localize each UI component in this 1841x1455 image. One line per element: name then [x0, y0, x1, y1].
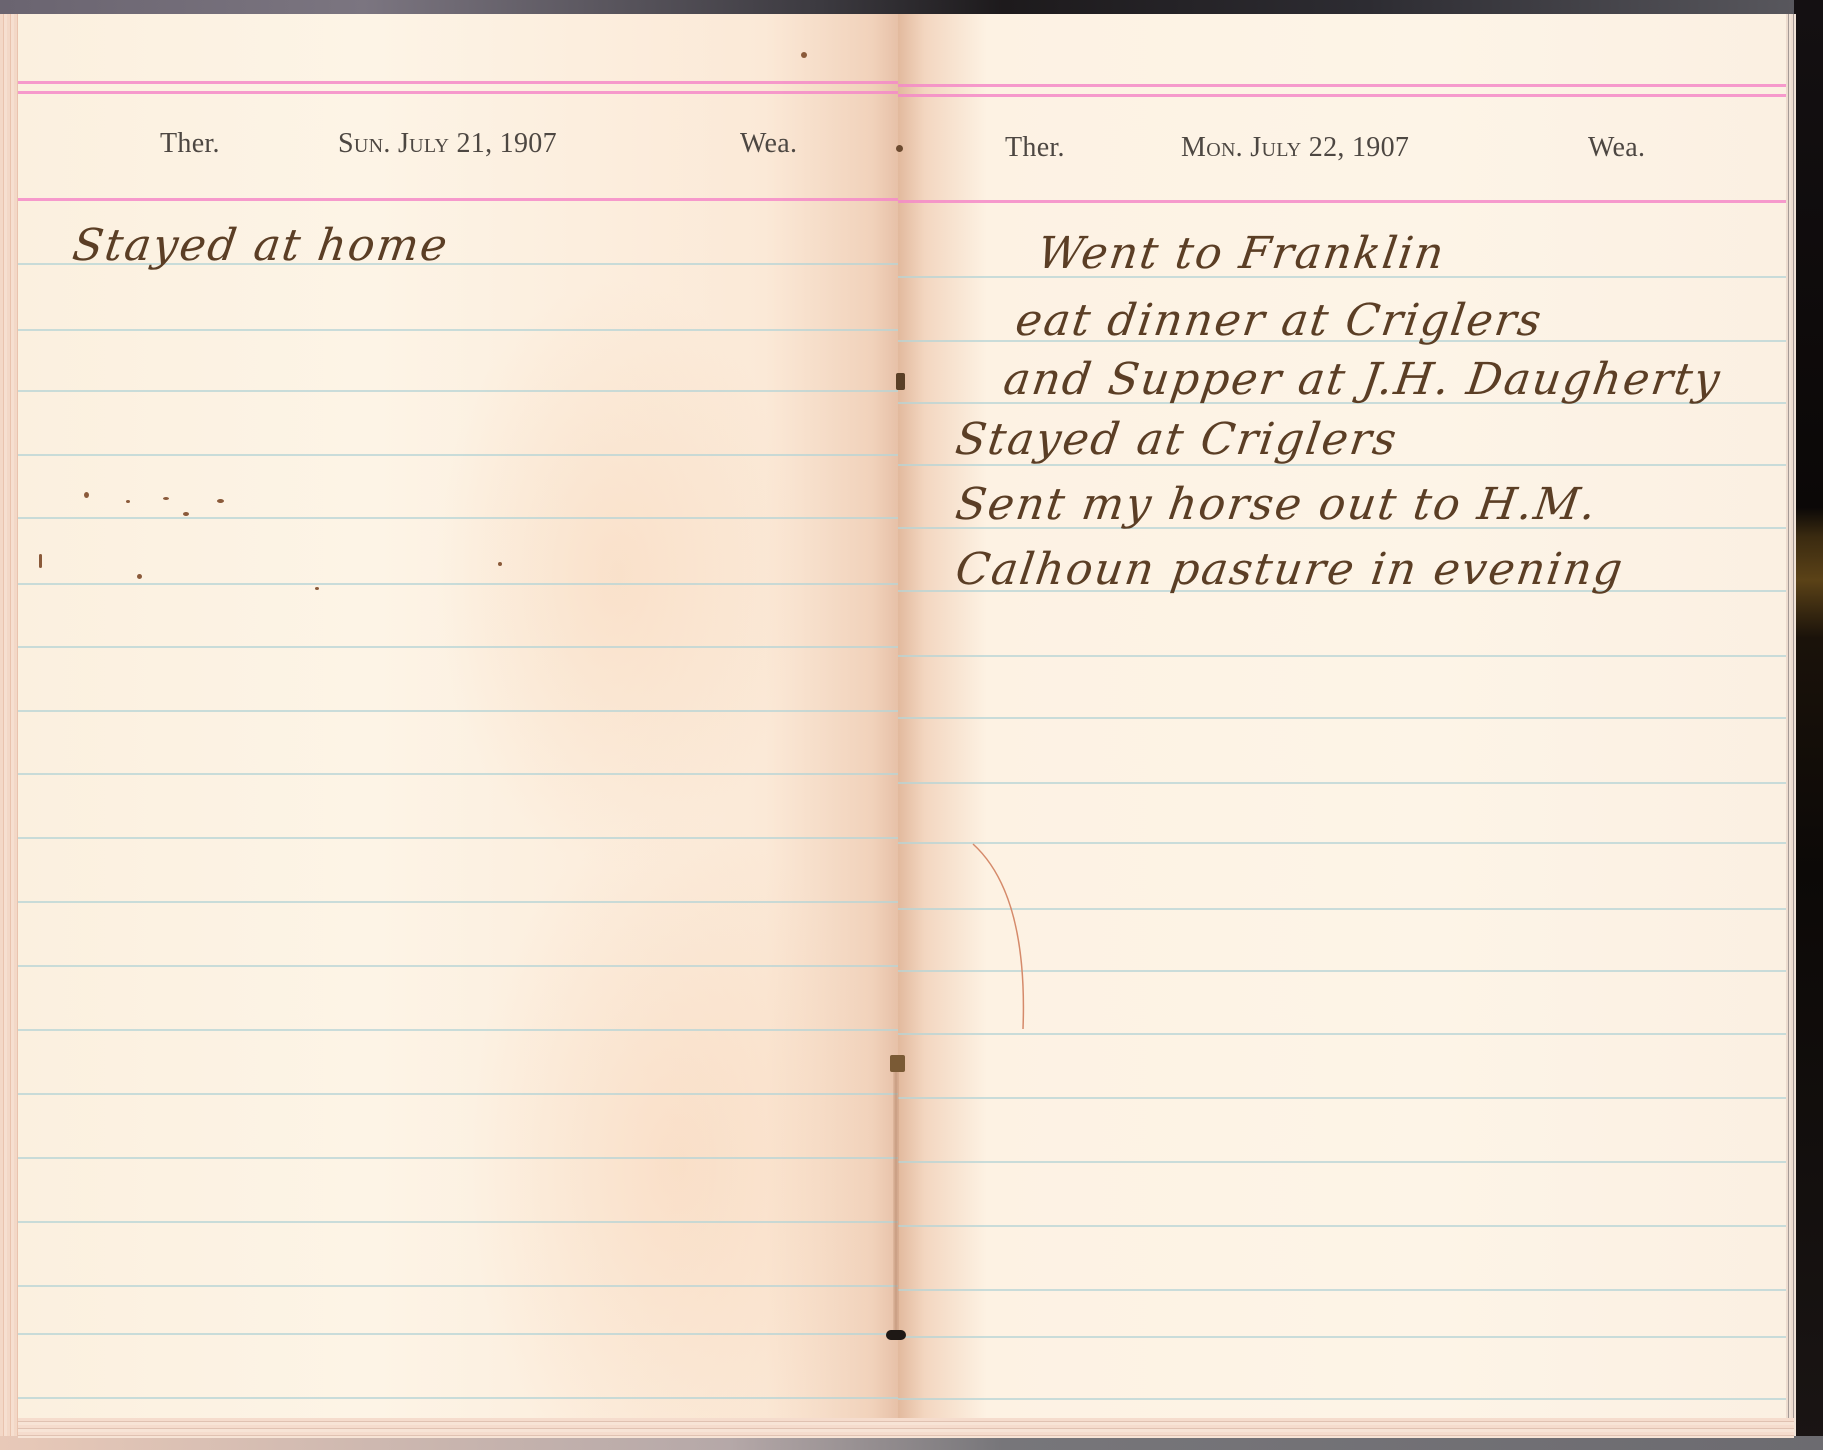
- ruled-line: [18, 454, 898, 456]
- entry-line: Stayed at Criglers: [952, 414, 1401, 465]
- ruled-line: [18, 1285, 898, 1287]
- ruled-line: [18, 1221, 898, 1223]
- page-stack-right-edge: [1786, 14, 1796, 1436]
- header-top-rule-2: [18, 91, 898, 94]
- background-top: [0, 0, 1823, 14]
- page-stack-left-edge: [0, 14, 20, 1436]
- wea-label: Wea.: [1588, 132, 1645, 164]
- header-bottom-rule: [898, 200, 1786, 203]
- entry-line: Sent my horse out to H.M.: [952, 479, 1600, 530]
- ruled-line: [18, 1333, 898, 1335]
- binding-staple-middle: [890, 1055, 905, 1072]
- ruled-line: [18, 1397, 898, 1399]
- ruled-line: [18, 329, 898, 331]
- ruled-line: [898, 1097, 1786, 1099]
- ther-label: Ther.: [1005, 132, 1065, 164]
- ink-speck: [39, 554, 42, 568]
- ruled-line: [898, 655, 1786, 657]
- entry-line: Calhoun pasture in evening: [952, 544, 1627, 595]
- binding-knot-bottom: [886, 1330, 906, 1340]
- ruled-line: [18, 837, 898, 839]
- ink-speck: [498, 562, 502, 566]
- ruled-line: [18, 646, 898, 648]
- date-day: Mon.: [1181, 132, 1243, 163]
- entry-line: eat dinner at Criglers: [1012, 295, 1546, 346]
- ink-speck: [183, 512, 189, 516]
- ruled-line: [898, 1336, 1786, 1338]
- binding-thread: [893, 1072, 899, 1332]
- ruled-line: [898, 717, 1786, 719]
- background-bottom: [0, 1436, 1823, 1450]
- entry-line: Stayed at home: [69, 220, 452, 271]
- ruled-line: [18, 1093, 898, 1095]
- ruled-line: [18, 773, 898, 775]
- date-rest: July 22, 1907: [1250, 132, 1409, 163]
- right-page: Ther. Mon. July 22, 1907 Wea. Went to Fr…: [898, 14, 1786, 1418]
- date-day: Sun.: [338, 128, 391, 159]
- header-top-rule-1: [898, 84, 1786, 87]
- ruled-line: [898, 1161, 1786, 1163]
- ruled-line: [898, 782, 1786, 784]
- left-page: Ther. Sun. July 21, 1907 Wea. Stayed at …: [18, 14, 898, 1418]
- date-heading: Sun. July 21, 1907: [338, 128, 557, 160]
- ruled-line: [18, 583, 898, 585]
- ruled-line: [18, 901, 898, 903]
- header-top-rule-1: [18, 81, 898, 84]
- header-bottom-rule: [18, 198, 898, 201]
- binding-staple-top: [896, 373, 905, 390]
- ink-speck: [126, 500, 130, 503]
- spine-mark: [896, 145, 903, 152]
- header-top-rule-2: [898, 94, 1786, 97]
- page-stack-bottom-edge: [18, 1418, 1794, 1438]
- date-rest: July 21, 1907: [398, 128, 557, 159]
- ink-speck: [801, 52, 807, 58]
- ruled-line: [898, 1398, 1786, 1400]
- ink-speck: [84, 492, 89, 498]
- ruled-line: [18, 1029, 898, 1031]
- ink-speck: [315, 587, 319, 590]
- ruled-line: [18, 1157, 898, 1159]
- ruled-line: [18, 710, 898, 712]
- ruled-line: [18, 390, 898, 392]
- entry-line: and Supper at J.H. Daugherty: [1000, 354, 1724, 405]
- ink-speck: [163, 497, 169, 500]
- ruled-line: [18, 517, 898, 519]
- date-heading: Mon. July 22, 1907: [1181, 132, 1409, 164]
- ruled-line: [898, 1289, 1786, 1291]
- wea-label: Wea.: [740, 128, 797, 160]
- background-right: [1794, 0, 1823, 1450]
- ink-speck: [217, 499, 224, 503]
- ink-speck: [137, 574, 142, 579]
- ther-label: Ther.: [160, 128, 220, 160]
- ruled-line: [898, 1225, 1786, 1227]
- stray-hair-mark: [968, 834, 1048, 1034]
- entry-line: Went to Franklin: [1034, 228, 1448, 279]
- ruled-line: [18, 965, 898, 967]
